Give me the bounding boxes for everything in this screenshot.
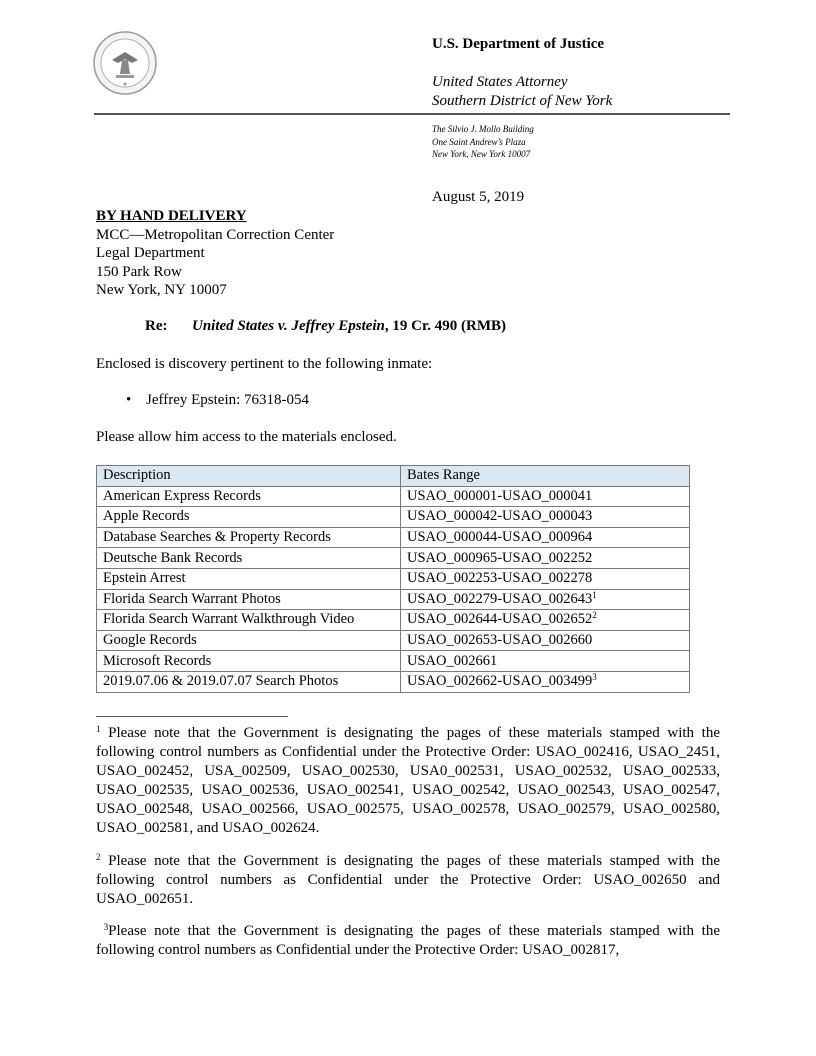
recipient-line: Legal Department xyxy=(96,244,334,263)
bates-range-cell: USAO_002653-USAO_002660 xyxy=(401,630,690,651)
bates-range-text: USAO_002661 xyxy=(407,653,497,669)
footnote-divider xyxy=(96,716,288,717)
bates-range-cell: USAO_002279-USAO_0026431 xyxy=(401,589,690,610)
table-row: Deutsche Bank RecordsUSAO_000965-USAO_00… xyxy=(97,548,690,569)
inmate-text: Jeffrey Epstein: 76318-054 xyxy=(146,392,309,408)
delivery-method: BY HAND DELIVERY xyxy=(96,207,334,226)
description-cell: Florida Search Warrant Walkthrough Video xyxy=(97,610,401,631)
office-line-1: United States Attorney xyxy=(432,73,612,92)
bates-range-text: USAO_000001-USAO_000041 xyxy=(407,488,592,504)
address-line: New York, New York 10007 xyxy=(432,148,534,161)
bates-range-text: USAO_000042-USAO_000043 xyxy=(407,508,592,524)
office-line-2: Southern District of New York xyxy=(432,92,612,111)
department-name: U.S. Department of Justice xyxy=(432,36,604,53)
description-cell: 2019.07.06 & 2019.07.07 Search Photos xyxy=(97,671,401,692)
request-paragraph: Please allow him access to the materials… xyxy=(96,429,397,446)
bullet-icon: • xyxy=(126,392,146,409)
inmate-list-item: •Jeffrey Epstein: 76318-054 xyxy=(126,392,309,409)
case-name: United States v. Jeffrey Epstein xyxy=(192,318,385,334)
description-cell: Florida Search Warrant Photos xyxy=(97,589,401,610)
intro-paragraph: Enclosed is discovery pertinent to the f… xyxy=(96,356,432,373)
description-cell: Google Records xyxy=(97,630,401,651)
recipient-line: MCC—Metropolitan Correction Center xyxy=(96,226,334,245)
footnote-reference: 2 xyxy=(592,610,597,620)
bates-range-text: USAO_002653-USAO_002660 xyxy=(407,632,592,648)
footnote-text: Please note that the Government is desig… xyxy=(96,725,720,836)
table-row: Epstein ArrestUSAO_002253-USAO_002278 xyxy=(97,568,690,589)
description-cell: Microsoft Records xyxy=(97,651,401,672)
column-header-bates-range: Bates Range xyxy=(401,466,690,487)
re-label: Re: xyxy=(145,318,192,335)
table-row: Microsoft RecordsUSAO_002661 xyxy=(97,651,690,672)
recipient-line: 150 Park Row xyxy=(96,263,334,282)
table-row: Florida Search Warrant PhotosUSAO_002279… xyxy=(97,589,690,610)
description-cell: Deutsche Bank Records xyxy=(97,548,401,569)
bates-range-cell: USAO_000042-USAO_000043 xyxy=(401,507,690,528)
column-header-description: Description xyxy=(97,466,401,487)
office-address: The Silvio J. Mollo Building One Saint A… xyxy=(432,123,534,161)
letterhead-divider xyxy=(94,113,730,115)
bates-range-cell: USAO_002644-USAO_0026522 xyxy=(401,610,690,631)
bates-range-cell: USAO_002253-USAO_002278 xyxy=(401,568,690,589)
description-cell: Apple Records xyxy=(97,507,401,528)
table-row: Google RecordsUSAO_002653-USAO_002660 xyxy=(97,630,690,651)
doj-seal-icon xyxy=(92,30,158,96)
footnote-1: 1 Please note that the Government is des… xyxy=(96,724,720,838)
letter-date: August 5, 2019 xyxy=(432,189,524,206)
table-row: Apple RecordsUSAO_000042-USAO_000043 xyxy=(97,507,690,528)
recipient-block: BY HAND DELIVERY MCC—Metropolitan Correc… xyxy=(96,207,334,300)
table-row: Database Searches & Property RecordsUSAO… xyxy=(97,527,690,548)
bates-range-text: USAO_000044-USAO_000964 xyxy=(407,529,592,545)
table-header-row: Description Bates Range xyxy=(97,466,690,487)
bates-range-text: USAO_002253-USAO_002278 xyxy=(407,570,592,586)
bates-range-cell: USAO_000001-USAO_000041 xyxy=(401,486,690,507)
footnote-text: Please note that the Government is desig… xyxy=(96,923,720,958)
table-row: 2019.07.06 & 2019.07.07 Search PhotosUSA… xyxy=(97,671,690,692)
description-cell: Epstein Arrest xyxy=(97,568,401,589)
footnote-2: 2 Please note that the Government is des… xyxy=(96,852,720,909)
footnote-reference: 3 xyxy=(592,672,597,682)
bates-range-text: USAO_000965-USAO_002252 xyxy=(407,550,592,566)
footnote-3: 3Please note that the Government is desi… xyxy=(96,922,720,960)
discovery-table: Description Bates Range American Express… xyxy=(96,465,690,693)
address-line: One Saint Andrew’s Plaza xyxy=(432,136,534,149)
bates-range-cell: USAO_000965-USAO_002252 xyxy=(401,548,690,569)
bates-range-text: USAO_002279-USAO_002643 xyxy=(407,591,592,607)
bates-range-text: USAO_002662-USAO_003499 xyxy=(407,673,592,689)
re-line: Re:United States v. Jeffrey Epstein, 19 … xyxy=(145,318,506,335)
footnote-text: Please note that the Government is desig… xyxy=(96,853,720,907)
description-cell: Database Searches & Property Records xyxy=(97,527,401,548)
address-line: The Silvio J. Mollo Building xyxy=(432,123,534,136)
bates-range-cell: USAO_002661 xyxy=(401,651,690,672)
recipient-line: New York, NY 10007 xyxy=(96,281,334,300)
office-name: United States Attorney Southern District… xyxy=(432,73,612,111)
bates-range-text: USAO_002644-USAO_002652 xyxy=(407,611,592,627)
table-row: Florida Search Warrant Walkthrough Video… xyxy=(97,610,690,631)
bates-range-cell: USAO_000044-USAO_000964 xyxy=(401,527,690,548)
table-row: American Express RecordsUSAO_000001-USAO… xyxy=(97,486,690,507)
footnote-reference: 1 xyxy=(592,590,597,600)
description-cell: American Express Records xyxy=(97,486,401,507)
case-number: , 19 Cr. 490 (RMB) xyxy=(385,318,506,334)
bates-range-cell: USAO_002662-USAO_0034993 xyxy=(401,671,690,692)
